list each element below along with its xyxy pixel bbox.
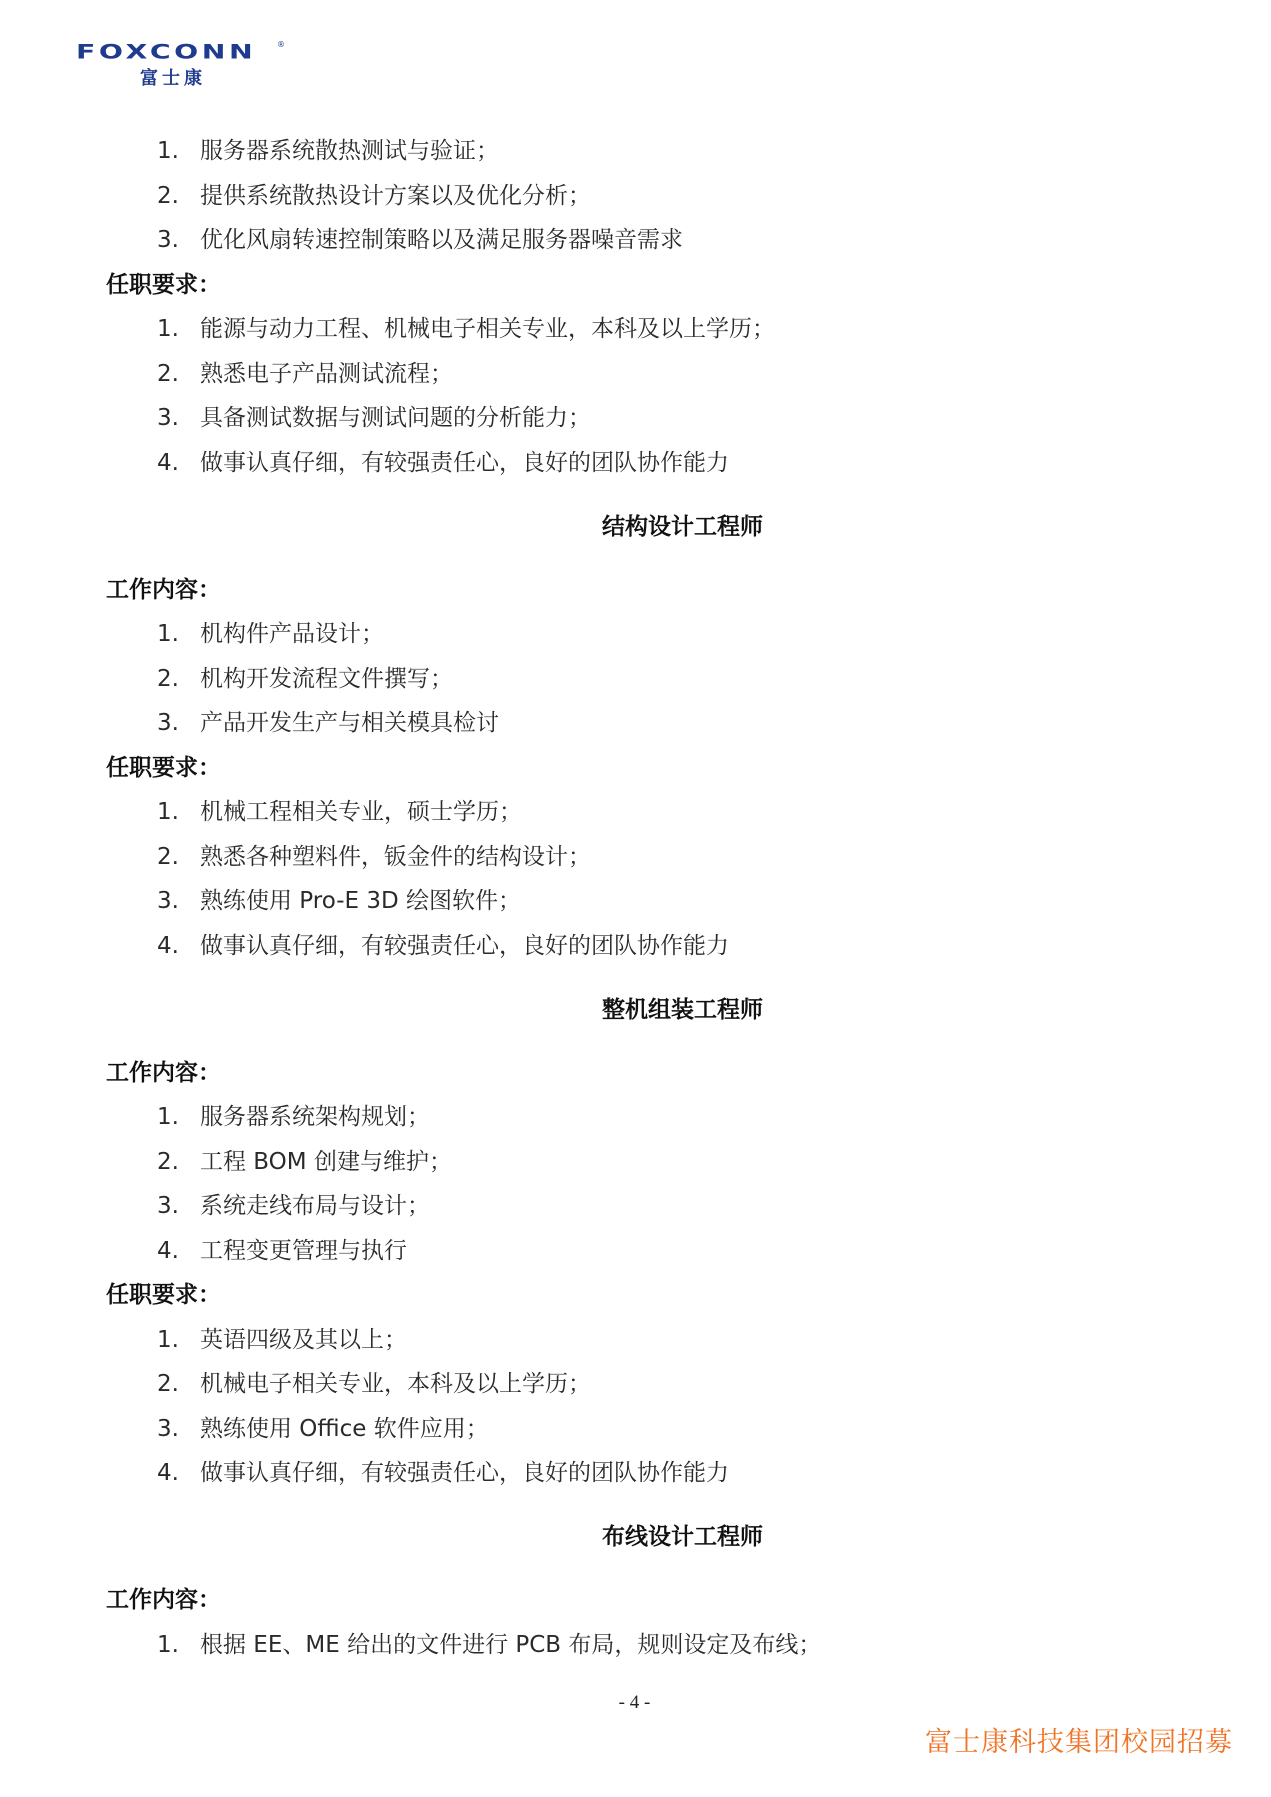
list-item-number: 2. bbox=[157, 1147, 179, 1177]
logo-chinese-name: 富士康 bbox=[140, 68, 206, 90]
job-title: 结构设计工程师 bbox=[0, 512, 1271, 542]
list-item: 4.做事认真仔细，有较强责任心，良好的团队协作能力 bbox=[0, 931, 1271, 961]
logo-wordmark: FOXCONN bbox=[76, 42, 256, 62]
section-heading: 任职要求： bbox=[106, 753, 221, 783]
list-item: 3.熟练使用 Pro-E 3D 绘图软件； bbox=[0, 886, 1271, 916]
list-item-number: 1. bbox=[157, 314, 179, 344]
list-item-number: 3. bbox=[157, 403, 179, 433]
list-item-number: 4. bbox=[157, 448, 179, 478]
list-item: 4.做事认真仔细，有较强责任心，良好的团队协作能力 bbox=[0, 448, 1271, 478]
list-item-text: 机构件产品设计； bbox=[200, 619, 384, 649]
list-item: 2.工程 BOM 创建与维护； bbox=[0, 1147, 1271, 1177]
list-item-text: 机械电子相关专业，本科及以上学历； bbox=[200, 1369, 591, 1399]
list-item: 1.根据 EE、ME 给出的文件进行 PCB 布局，规则设定及布线； bbox=[0, 1630, 1271, 1660]
list-item-number: 1. bbox=[157, 1325, 179, 1355]
list-item: 3.优化风扇转速控制策略以及满足服务器噪音需求 bbox=[0, 225, 1271, 255]
list-item-number: 3. bbox=[157, 225, 179, 255]
section-heading: 工作内容： bbox=[106, 1058, 221, 1088]
list-item-text: 熟悉电子产品测试流程； bbox=[200, 359, 453, 389]
list-item: 2.机构开发流程文件撰写； bbox=[0, 664, 1271, 694]
list-item-number: 2. bbox=[157, 181, 179, 211]
list-item: 1.能源与动力工程、机械电子相关专业，本科及以上学历； bbox=[0, 314, 1271, 344]
list-item-number: 3. bbox=[157, 1191, 179, 1221]
list-item-number: 2. bbox=[157, 1369, 179, 1399]
list-item: 3.产品开发生产与相关模具检讨 bbox=[0, 708, 1271, 738]
list-item-text: 提供系统散热设计方案以及优化分析； bbox=[200, 181, 591, 211]
list-item: 4.做事认真仔细，有较强责任心，良好的团队协作能力 bbox=[0, 1458, 1271, 1488]
list-item-text: 优化风扇转速控制策略以及满足服务器噪音需求 bbox=[200, 225, 683, 255]
job-title: 布线设计工程师 bbox=[0, 1522, 1271, 1552]
list-item-text: 服务器系统架构规划； bbox=[200, 1102, 430, 1132]
list-item: 2.熟悉电子产品测试流程； bbox=[0, 359, 1271, 389]
list-item-text: 根据 EE、ME 给出的文件进行 PCB 布局，规则设定及布线； bbox=[200, 1630, 821, 1660]
list-item-number: 3. bbox=[157, 708, 179, 738]
section-heading: 工作内容： bbox=[106, 575, 221, 605]
list-item-number: 4. bbox=[157, 1236, 179, 1266]
list-item-number: 2. bbox=[157, 842, 179, 872]
list-item-number: 1. bbox=[157, 136, 179, 166]
foxconn-logo: FOXCONN ® 富士康 bbox=[72, 38, 287, 94]
list-item-text: 工程 BOM 创建与维护； bbox=[200, 1147, 452, 1177]
list-item: 1.机构件产品设计； bbox=[0, 619, 1271, 649]
list-item: 3.具备测试数据与测试问题的分析能力； bbox=[0, 403, 1271, 433]
list-item-number: 1. bbox=[157, 1630, 179, 1660]
list-item: 1.机械工程相关专业，硕士学历； bbox=[0, 797, 1271, 827]
list-item-text: 系统走线布局与设计； bbox=[200, 1191, 430, 1221]
list-item-text: 做事认真仔细，有较强责任心，良好的团队协作能力 bbox=[200, 448, 729, 478]
list-item-number: 3. bbox=[157, 886, 179, 916]
section-heading: 任职要求： bbox=[106, 1280, 221, 1310]
job-title-text: 布线设计工程师 bbox=[602, 1524, 763, 1550]
list-item-text: 服务器系统散热测试与验证； bbox=[200, 136, 499, 166]
list-item-number: 1. bbox=[157, 797, 179, 827]
list-item: 4.工程变更管理与执行 bbox=[0, 1236, 1271, 1266]
list-item-text: 具备测试数据与测试问题的分析能力； bbox=[200, 403, 591, 433]
list-item: 3.系统走线布局与设计； bbox=[0, 1191, 1271, 1221]
list-item-number: 3. bbox=[157, 1414, 179, 1444]
list-item-text: 机构开发流程文件撰写； bbox=[200, 664, 453, 694]
list-item-text: 能源与动力工程、机械电子相关专业，本科及以上学历； bbox=[200, 314, 775, 344]
list-item: 3.熟练使用 Office 软件应用； bbox=[0, 1414, 1271, 1444]
list-item-text: 做事认真仔细，有较强责任心，良好的团队协作能力 bbox=[200, 1458, 729, 1488]
section-heading: 任职要求： bbox=[106, 270, 221, 300]
footer-recruitment-label: 富士康科技集团校园招募 bbox=[925, 1720, 1233, 1759]
list-item-text: 机械工程相关专业，硕士学历； bbox=[200, 797, 522, 827]
list-item-text: 工程变更管理与执行 bbox=[200, 1236, 407, 1266]
list-item-number: 4. bbox=[157, 931, 179, 961]
list-item: 2.提供系统散热设计方案以及优化分析； bbox=[0, 181, 1271, 211]
list-item: 1.英语四级及其以上； bbox=[0, 1325, 1271, 1355]
list-item-number: 4. bbox=[157, 1458, 179, 1488]
list-item-text: 熟练使用 Pro-E 3D 绘图软件； bbox=[200, 886, 521, 916]
list-item-text: 熟练使用 Office 软件应用； bbox=[200, 1414, 489, 1444]
job-title-text: 整机组装工程师 bbox=[602, 997, 763, 1023]
list-item-number: 2. bbox=[157, 664, 179, 694]
list-item: 2.熟悉各种塑料件，钣金件的结构设计； bbox=[0, 842, 1271, 872]
list-item: 1.服务器系统架构规划； bbox=[0, 1102, 1271, 1132]
list-item: 2.机械电子相关专业，本科及以上学历； bbox=[0, 1369, 1271, 1399]
job-title: 整机组装工程师 bbox=[0, 995, 1271, 1025]
list-item-text: 英语四级及其以上； bbox=[200, 1325, 407, 1355]
list-item-number: 1. bbox=[157, 619, 179, 649]
job-title-text: 结构设计工程师 bbox=[602, 514, 763, 540]
section-heading: 工作内容： bbox=[106, 1585, 221, 1615]
page-number: - 4 - bbox=[0, 1692, 1271, 1714]
list-item-text: 产品开发生产与相关模具检讨 bbox=[200, 708, 499, 738]
list-item-text: 做事认真仔细，有较强责任心，良好的团队协作能力 bbox=[200, 931, 729, 961]
list-item-number: 1. bbox=[157, 1102, 179, 1132]
list-item: 1.服务器系统散热测试与验证； bbox=[0, 136, 1271, 166]
list-item-text: 熟悉各种塑料件，钣金件的结构设计； bbox=[200, 842, 591, 872]
registered-mark-icon: ® bbox=[277, 40, 285, 49]
list-item-number: 2. bbox=[157, 359, 179, 389]
